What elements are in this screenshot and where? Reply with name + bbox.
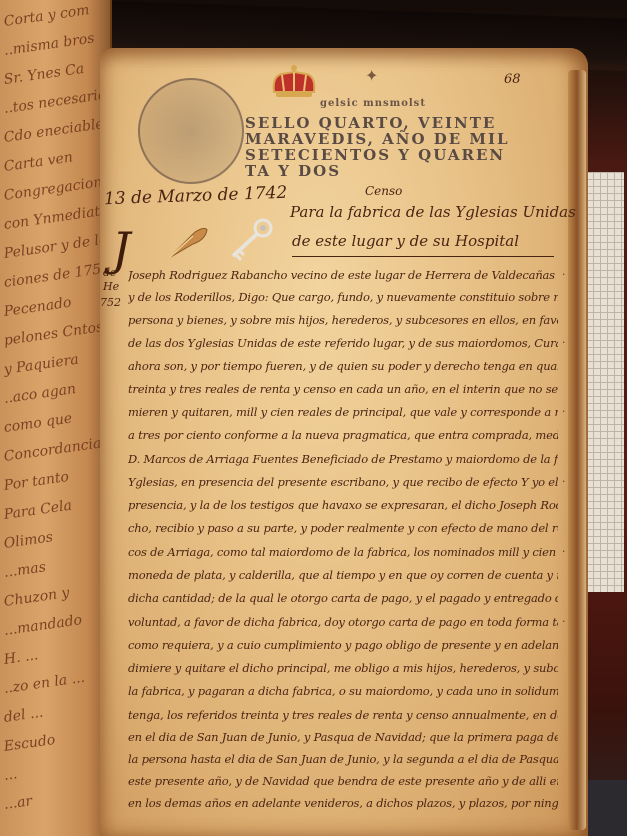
- left-page-line: Olimos: [3, 529, 54, 552]
- left-page-line: Sr. Ynes Ca: [3, 61, 85, 88]
- title-line-1: Para la fabrica de las Yglesias Unidas: [290, 203, 576, 221]
- left-page-line: Cdo eneciables: [3, 115, 112, 146]
- manuscript-line: persona y bienes, y sobre mis hijos, her…: [128, 313, 558, 327]
- manuscript-line: dicha cantidad; de la qual le otorgo car…: [128, 591, 558, 605]
- dry-seal-stamp: [138, 78, 244, 184]
- left-page-line: Pelusor y de las: [3, 231, 116, 262]
- margin-tick: ·: [562, 545, 566, 558]
- left-page-line: del ...: [3, 705, 44, 726]
- flourish-mark: ✦: [365, 66, 378, 85]
- left-page-line: ..tos necesaria: [3, 87, 107, 117]
- stamped-paper-text: SELLO QUARTO, VEINTE MARAVEDIS, AÑO DE M…: [245, 115, 525, 179]
- manuscript-line: ahora son, y por tiempo fueren, y de qui…: [128, 359, 558, 373]
- stamp-line: MARAVEDIS, AÑO DE MIL: [245, 131, 525, 147]
- crown-icon: [270, 64, 318, 102]
- title-censo: Censo: [365, 184, 402, 198]
- stamp-line: SELLO QUARTO, VEINTE: [245, 115, 525, 131]
- left-page-line: Concordancia: [3, 435, 102, 464]
- manuscript-line: dimiere y quitare el dicho principal, me…: [128, 661, 558, 675]
- margin-tick: ·: [562, 475, 566, 488]
- manuscript-line: treinta y tres reales de renta y censo e…: [128, 382, 558, 396]
- manuscript-line: en los demas años en adelante venideros,…: [128, 796, 558, 810]
- manuscript-line: la persona hasta el dia de San Juan de J…: [128, 752, 558, 766]
- left-page-line: ...mandado: [3, 612, 83, 639]
- manuscript-line: de las dos Yglesias Unidas de este refer…: [128, 336, 558, 350]
- stamp-line: TA Y DOS: [245, 163, 525, 179]
- left-page-line: Para Cela: [3, 498, 73, 523]
- manuscript-line: presencia, y la de los testigos que hava…: [128, 498, 558, 512]
- left-page: Corta y com..misma brosSr. Ynes Ca..tos …: [0, 0, 112, 836]
- manuscript-line: este presente año, y de Navidad que bend…: [128, 774, 558, 788]
- manuscript-line: Yglesias, en presencia del presente escr…: [128, 475, 558, 489]
- manuscript-line: moneda de plata, y calderilla, que al ti…: [128, 568, 558, 582]
- left-page-line: ..aco agan: [3, 381, 77, 407]
- manuscript-line: Joseph Rodriguez Rabancho vecino de este…: [128, 268, 558, 282]
- left-page-line: ...ar: [3, 793, 33, 813]
- left-page-line: Por tanto: [3, 469, 70, 494]
- margin-note: He: [103, 280, 119, 293]
- margin-tick: ·: [562, 336, 566, 349]
- manuscript-line: como requiera, y a cuio cumplimiento y p…: [128, 638, 558, 652]
- manuscript-line: D. Marcos de Arriaga Fuentes Beneficiado…: [128, 452, 558, 466]
- margin-tick: ·: [562, 268, 566, 281]
- margin-tick: ·: [562, 615, 566, 628]
- stamp-line: SETECIENTOS Y QUAREN: [245, 147, 525, 163]
- left-page-line: ...mas: [3, 559, 47, 581]
- left-page-line: ciones de 1752: [3, 260, 111, 291]
- title-underline: [292, 256, 554, 257]
- stamp-header-small: gelsic mnsmolst: [320, 98, 426, 109]
- margin-note: 752: [100, 296, 121, 309]
- manuscript-line: cos de Arriaga, como tal maiordomo de la…: [128, 545, 558, 559]
- page-edge: [568, 70, 586, 830]
- margin-tick: ·: [562, 405, 566, 418]
- manuscript-line: y de los Roderillos, Digo: Que cargo, fu…: [128, 290, 558, 304]
- manuscript-line: mieren y quitaren, mill y cien reales de…: [128, 405, 558, 419]
- manuscript-line: tenga, los referidos treinta y tres real…: [128, 708, 558, 722]
- left-page-line: ..misma bros: [3, 30, 96, 59]
- folio-number: 68: [504, 72, 521, 87]
- left-page-line: Carta ven: [3, 149, 74, 175]
- manuscript-line: la fabrica, y pagaran a dicha fabrica, o…: [128, 684, 558, 698]
- quill-icon: [165, 226, 210, 260]
- photo-scene: Corta y com..misma brosSr. Ynes Ca..tos …: [0, 0, 627, 836]
- left-page-line: pelones Cntos: [3, 319, 104, 349]
- left-page-line: y Paquiera: [3, 352, 80, 378]
- left-page-line: Pecenado: [3, 295, 73, 320]
- left-page-line: Escudo: [3, 732, 56, 755]
- left-page-line: ..zo en la ...: [3, 670, 86, 697]
- left-page-line: H. ...: [3, 647, 39, 668]
- manuscript-line: cho, recibio y paso a su parte, y poder …: [128, 521, 558, 535]
- left-page-line: Chuzon y: [3, 585, 71, 610]
- graph-paper-sheet: [585, 172, 624, 592]
- left-page-line: Corta y com: [3, 2, 91, 30]
- manuscript-line: en el dia de San Juan de Junio, y Pasqua…: [128, 730, 558, 744]
- left-page-line: como que: [3, 411, 73, 436]
- margin-note: de: [103, 266, 117, 279]
- manuscript-line: voluntad, a favor de dicha fabrica, doy …: [128, 615, 558, 629]
- key-icon: [225, 218, 275, 263]
- title-line-2: de este lugar y de su Hospital: [292, 232, 519, 250]
- left-page-line: ...: [3, 766, 18, 784]
- manuscript-line: a tres por ciento conforme a la nueva pr…: [128, 428, 558, 442]
